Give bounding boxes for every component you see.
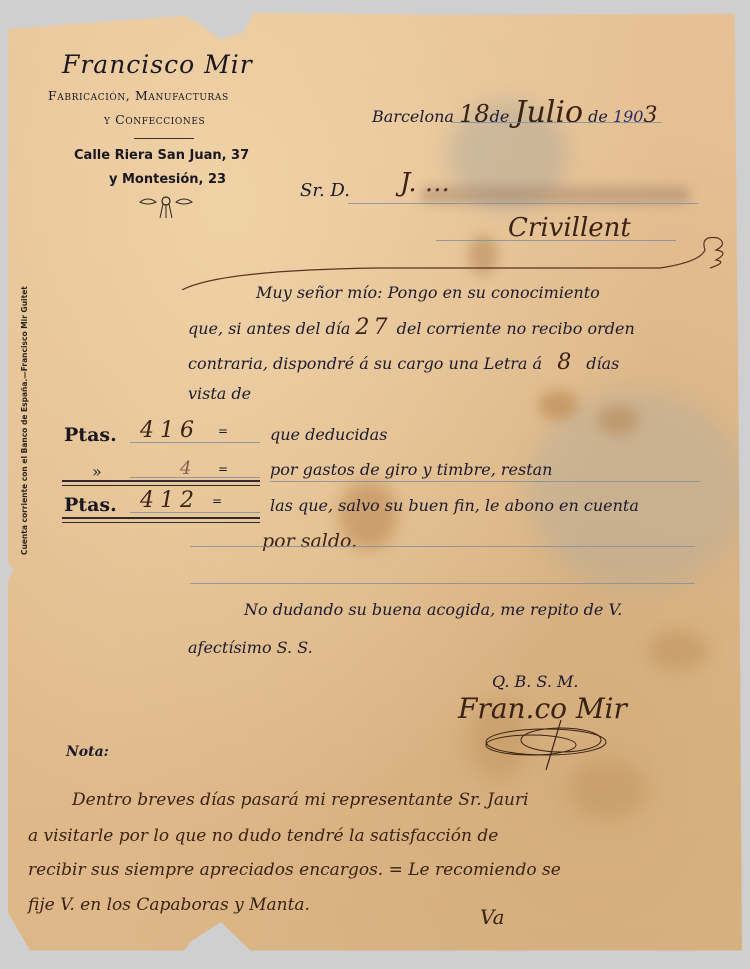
- body-line2-b: del corriente no recibo orden: [397, 319, 635, 338]
- date-year-printed: 190: [613, 107, 644, 126]
- date-line: Barcelona 18de Julio de 1903: [372, 95, 657, 130]
- date-month: Julio: [514, 95, 583, 130]
- due-day: 27: [356, 315, 392, 340]
- amount-row1-suffix: =: [218, 424, 228, 438]
- amount-row4-hand: por saldo.: [262, 530, 357, 552]
- date-year-hand: 3: [643, 103, 657, 128]
- closing-abbrev: Q. B. S. M.: [492, 672, 578, 691]
- subtotal-rule: [62, 480, 260, 486]
- water-stain: [528, 390, 748, 590]
- date-de2: de: [588, 107, 608, 126]
- term-days: 8: [547, 350, 581, 375]
- company-name: Francisco Mir: [62, 50, 253, 79]
- amount-row3-value: 412: [140, 488, 200, 513]
- note-line1: Dentro breves días pasará mi representan…: [72, 790, 529, 810]
- ptas-label-2: Ptas.: [64, 494, 117, 516]
- amount-row3-suffix: =: [212, 494, 222, 508]
- amount-row3-rule: [130, 512, 260, 513]
- amount-row3-text: las que, salvo su buen fin, le abono en …: [270, 496, 639, 515]
- ptas-label-1: Ptas.: [64, 424, 117, 446]
- body-line4: vista de: [188, 384, 251, 403]
- note-line3: recibir sus siempre apreciados encargos.…: [28, 860, 561, 880]
- body-line1: Muy señor mío: Pongo en su conocimiento: [256, 283, 600, 302]
- address-line1: Calle Riera San Juan, 37: [74, 148, 249, 163]
- closing-line1: No dudando su buena acogida, me repito d…: [244, 600, 622, 619]
- total-rule: [62, 517, 260, 523]
- note-line4: fije V. en los Capaboras y Manta.: [28, 895, 310, 915]
- address-line2: y Montesión, 23: [109, 172, 226, 187]
- flourish: [180, 210, 740, 290]
- amount-row1-text: que deducidas: [270, 425, 387, 444]
- date-de1: de: [490, 107, 510, 126]
- date-place: Barcelona: [372, 107, 454, 126]
- row5-rule: [190, 583, 695, 584]
- date-day: 18: [459, 100, 490, 128]
- row4-rule: [190, 546, 695, 547]
- body-line2-a: que, si antes del día: [188, 319, 350, 338]
- body-line3-b: días: [586, 354, 619, 373]
- body-line2: que, si antes del día 27 del corriente n…: [188, 315, 635, 340]
- letterhead-line1: Fabricación, Manufacturas: [48, 88, 229, 103]
- ditto-mark: »: [92, 462, 102, 481]
- redaction-blur: [420, 186, 690, 204]
- amount-row1-rule: [130, 442, 260, 443]
- letterhead-line2: y Confecciones: [104, 112, 205, 127]
- amount-row2-rule: [130, 477, 260, 478]
- body-line3-a: contraria, dispondré á su cargo una Letr…: [188, 354, 542, 373]
- addressee-rule1: [348, 203, 698, 204]
- amount-row2-value: 4: [180, 458, 191, 479]
- row2-long-rule: [270, 481, 700, 482]
- body-line3: contraria, dispondré á su cargo una Letr…: [188, 350, 619, 375]
- divider: [134, 138, 194, 139]
- salutation-prefix: Sr. D.: [300, 180, 350, 201]
- rust-stain: [648, 630, 708, 670]
- signature-flourish: [476, 720, 616, 770]
- rust-stain: [538, 390, 578, 420]
- closing-line2: afectísimo S. S.: [188, 638, 313, 657]
- date-rule: [452, 122, 662, 123]
- note-initials: Va: [480, 905, 505, 929]
- note-line2: a visitarle por lo que no dudo tendré la…: [28, 826, 498, 846]
- amount-row2-text: por gastos de giro y timbre, restan: [270, 460, 552, 479]
- note-label: Nota:: [66, 744, 109, 760]
- amount-row2-suffix: =: [218, 462, 228, 476]
- rust-stain: [598, 405, 638, 435]
- bank-account-margin-text: Cuenta corriente con el Banco de España.…: [20, 286, 29, 555]
- amount-row1-value: 416: [140, 418, 200, 443]
